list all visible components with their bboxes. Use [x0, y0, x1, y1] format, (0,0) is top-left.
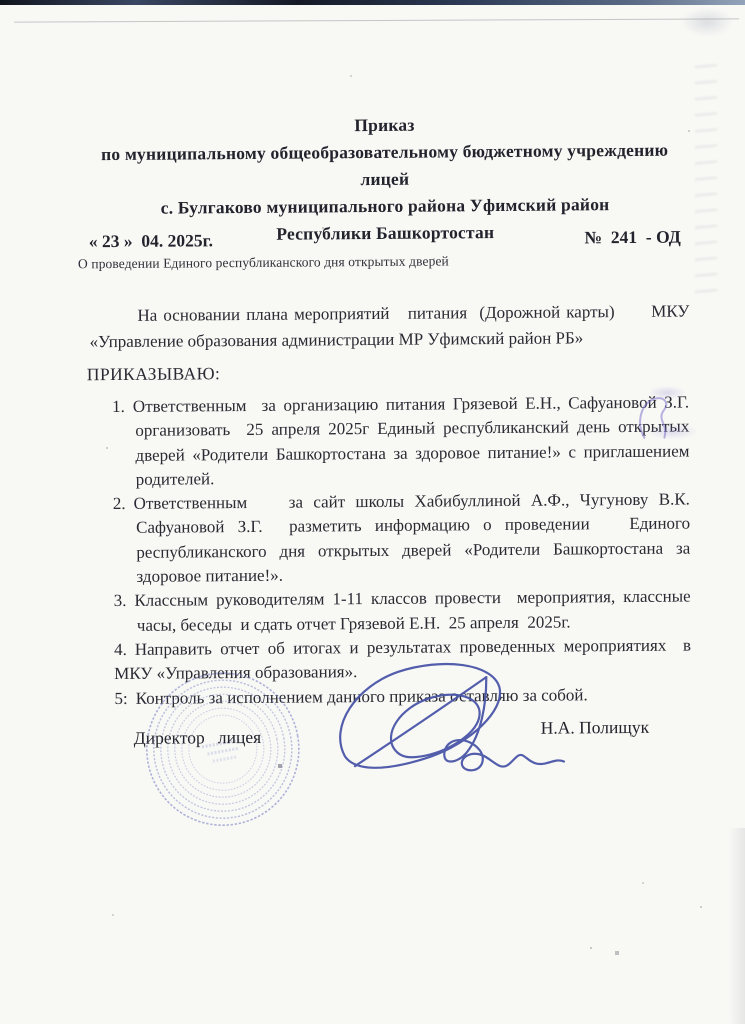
- item-text: Классным руководителям 1-11 классов пров…: [134, 587, 690, 635]
- signer-role: Директор лицея: [134, 727, 262, 749]
- item-text: Ответственным за организацию питания Гря…: [133, 393, 690, 489]
- document-content: Приказ по муниципальному общеобразовател…: [0, 0, 745, 1024]
- order-item-2: 2.Ответственным за сайт школы Хабибуллин…: [113, 488, 691, 590]
- item-number: 2.: [113, 494, 126, 513]
- scanned-document-page: Приказ по муниципальному общеобразовател…: [0, 0, 745, 1024]
- org-line-2: с. Булгаково муниципального района Уфимс…: [76, 190, 693, 222]
- document-number: № 241 - ОД: [584, 227, 680, 249]
- item-number: 1.: [112, 397, 125, 416]
- signature-icon: [332, 650, 569, 788]
- order-item-1: 1.Ответственным за организацию питания Г…: [112, 391, 690, 493]
- meta-row: « 23 » 04. 2025г. № 241 - ОД: [89, 227, 681, 253]
- official-stamp-icon: [142, 669, 303, 830]
- scan-artifact-specks: [0, 0, 2, 2]
- item-number: 3.: [114, 591, 127, 610]
- decree-word: ПРИКАЗЫВАЮ:: [87, 363, 221, 385]
- intro-paragraph: На основании плана мероприятий питания (…: [89, 299, 689, 356]
- document-date: « 23 » 04. 2025г.: [89, 230, 213, 252]
- item-text: Ответственным за сайт школы Хабибуллиной…: [134, 490, 691, 586]
- document-subject: О проведении Единого республиканского дн…: [78, 253, 449, 272]
- signer-name: Н.А. Полищук: [541, 717, 650, 739]
- org-line-1: по муниципальному общеобразовательному б…: [76, 136, 693, 195]
- scan-artifact-ink-tint: [646, 423, 698, 439]
- order-item-3: 3.Классным руководителям 1-11 классов пр…: [114, 585, 691, 638]
- scan-artifact-ink-tint: [648, 386, 686, 400]
- item-number: 5:: [114, 688, 127, 707]
- item-number: 4.: [114, 640, 127, 659]
